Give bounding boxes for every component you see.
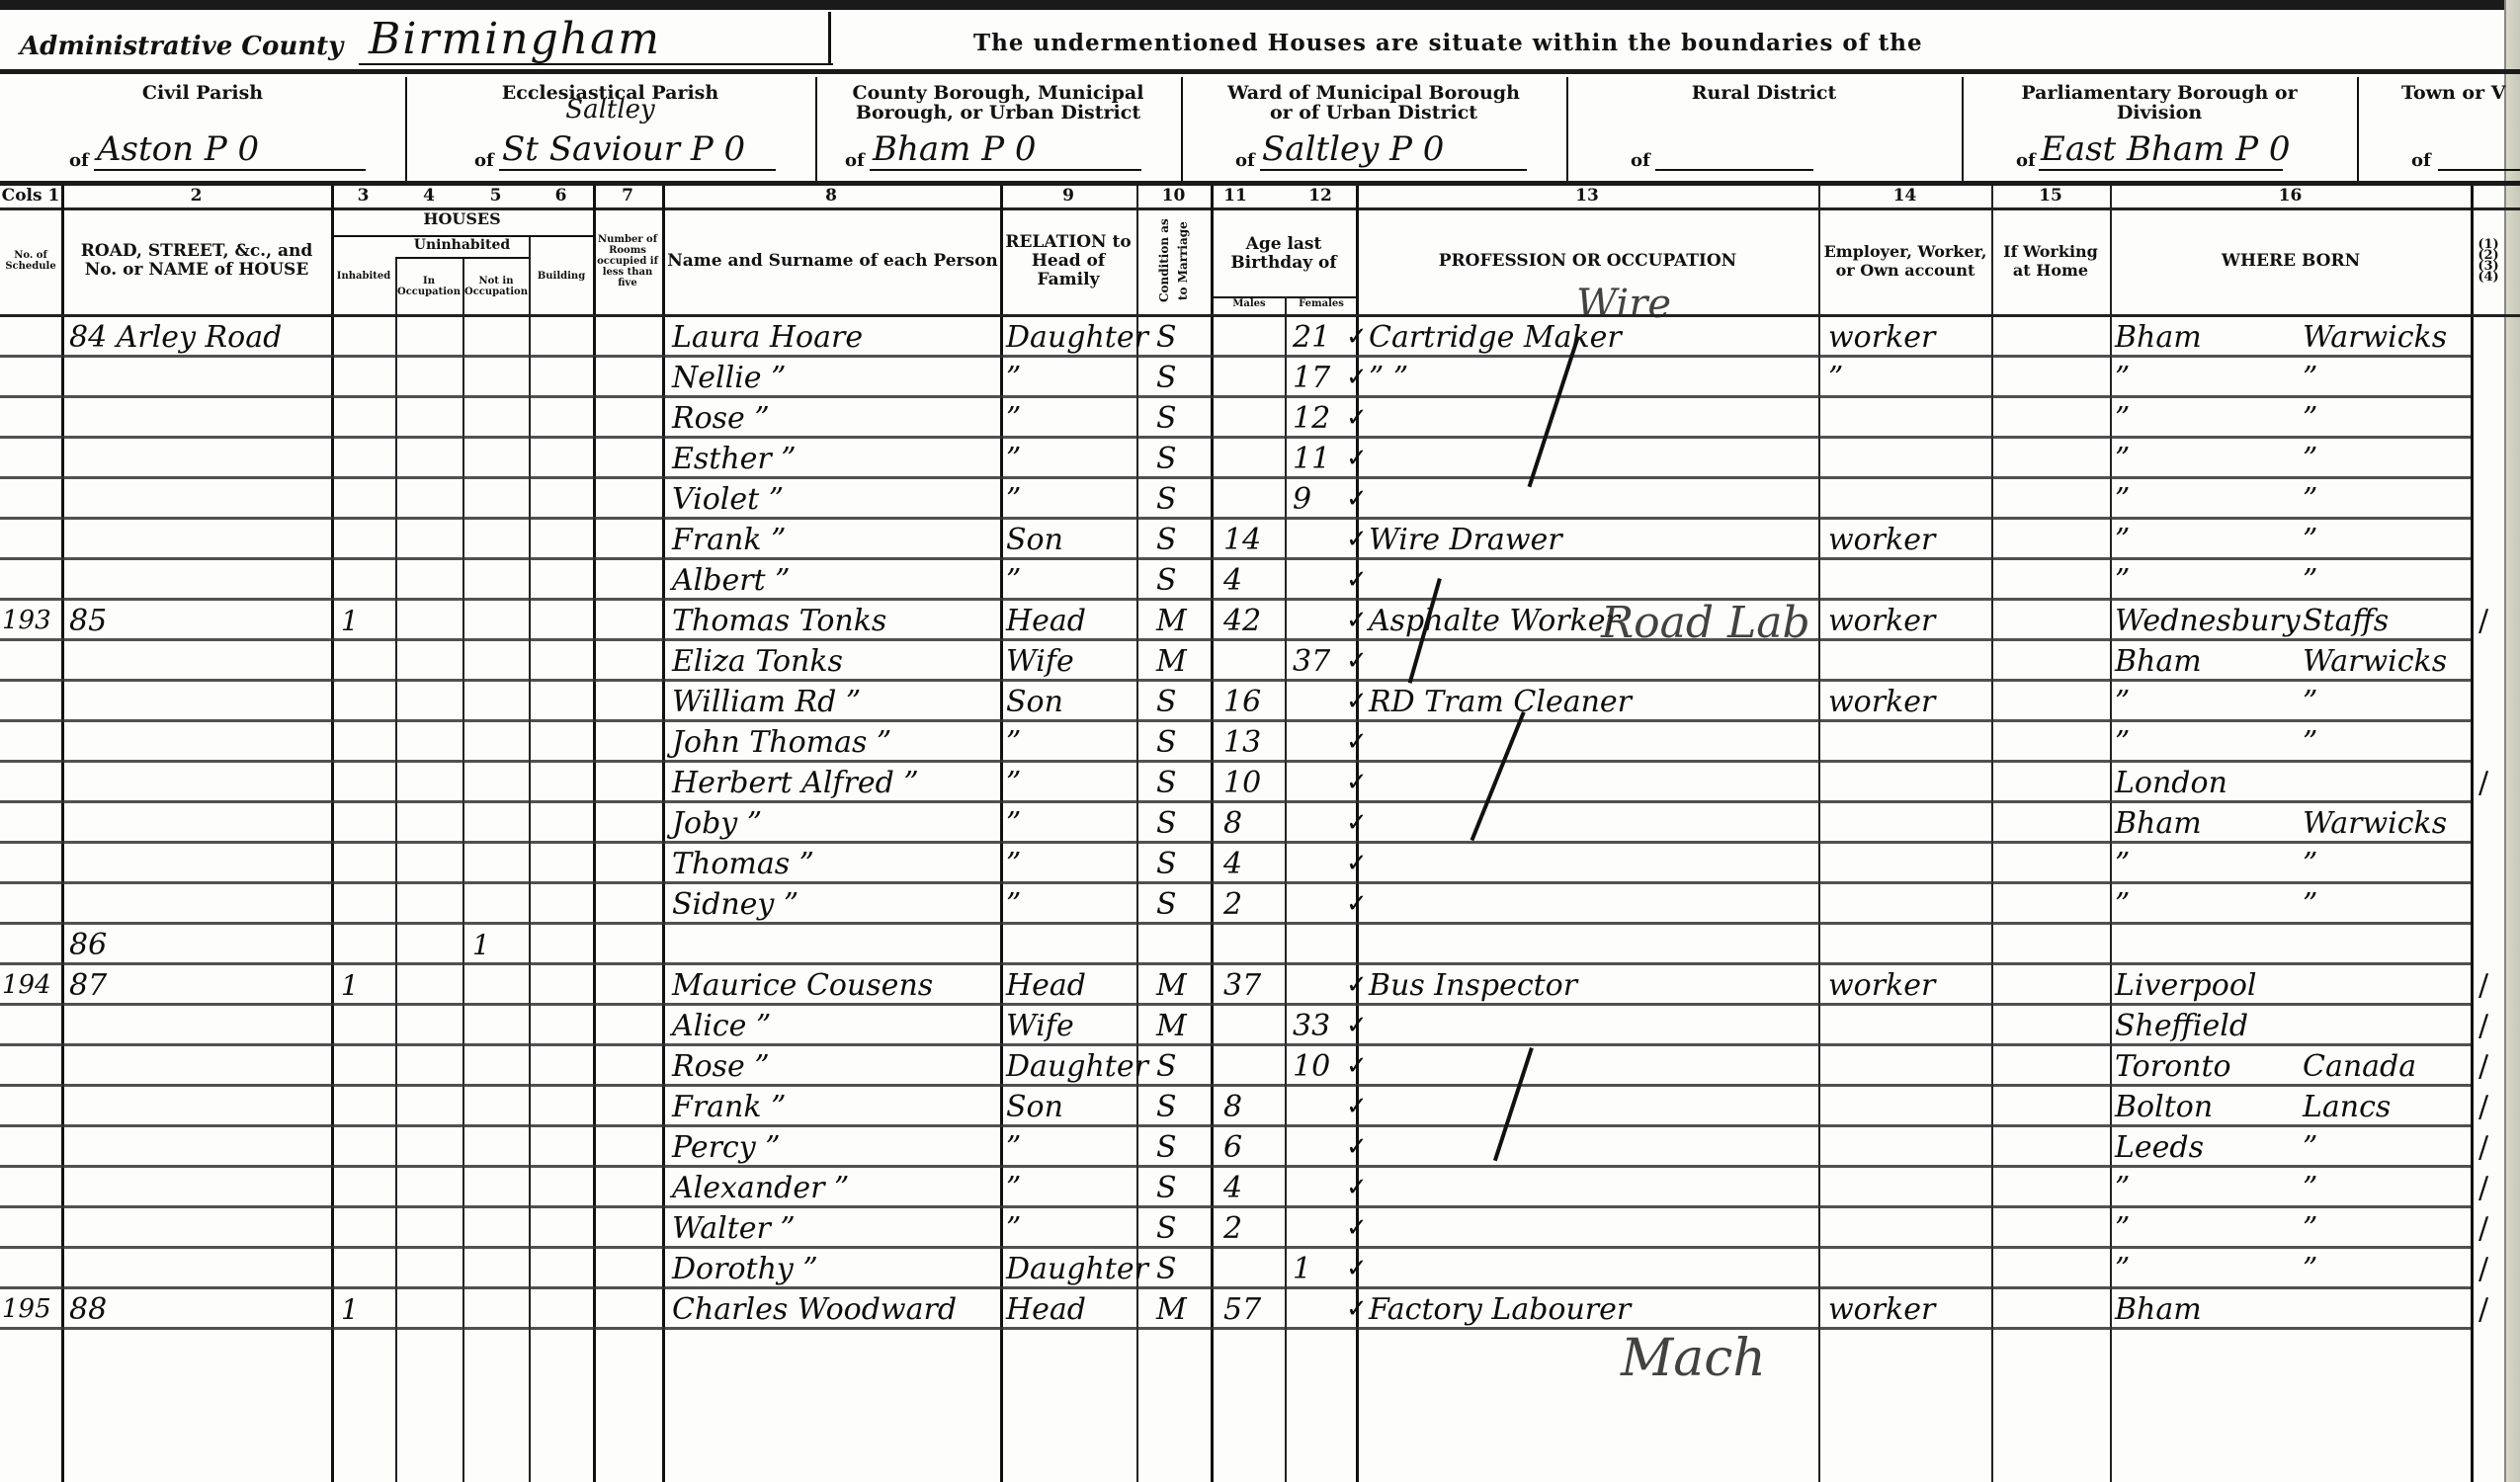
table-row: Rose ”DaughterS10TorontoCanada/✓ <box>0 1046 2520 1087</box>
person-name: Alexander ” <box>672 1168 998 1208</box>
age-female: 17 <box>1293 358 1352 398</box>
col-num: Cols 1 <box>0 186 61 206</box>
uninhabited-count <box>472 803 522 844</box>
house-address: 87 <box>69 965 331 1006</box>
district-civil-parish: Civil Parish of Aston P 0 <box>0 77 407 181</box>
employment-status <box>1828 1087 1986 1127</box>
birthplace-town: ” <box>2115 1168 2283 1208</box>
marital-condition: M <box>1156 965 1206 1006</box>
age-male: 13 <box>1223 722 1283 763</box>
nationality-mark: / <box>2478 1006 2508 1046</box>
header-rule <box>0 69 2520 74</box>
person-name <box>672 925 998 965</box>
person-name: Charles Woodward <box>672 1289 998 1330</box>
district-value: St Saviour P 0 <box>502 129 745 169</box>
uninhabited-count <box>472 763 522 803</box>
marital-condition: M <box>1156 601 1206 641</box>
nationality-mark <box>2478 884 2508 925</box>
table-row: Sidney ””S2””✓ <box>0 884 2520 925</box>
birthplace-county: ” <box>2303 1127 2471 1168</box>
birthplace-county: ” <box>2303 844 2471 884</box>
employment-status: worker <box>1828 1289 1986 1330</box>
col-num: 11 <box>1211 186 1260 206</box>
birthplace-town: Bham <box>2115 641 2283 682</box>
tick-icon: ✓ <box>1346 1006 1370 1046</box>
birthplace-county: ” <box>2303 439 2471 479</box>
birthplace-town: Bham <box>2115 317 2283 358</box>
admin-county-box: Administrative County Birmingham <box>8 12 831 65</box>
district-underline <box>2438 169 2520 171</box>
nationality-mark <box>2478 560 2508 601</box>
header-not-in-occupation: Not in Occupation <box>464 259 528 314</box>
uninhabited-count <box>472 479 522 520</box>
person-name: Rose ” <box>672 1046 998 1087</box>
age-male: 4 <box>1223 844 1283 884</box>
employment-status <box>1828 641 1986 682</box>
relation: ” <box>1006 1168 1134 1208</box>
birthplace-county: ” <box>2303 884 2471 925</box>
age-female: 33 <box>1293 1006 1352 1046</box>
district-of: of <box>2016 150 2036 171</box>
employment-status <box>1828 1208 1986 1249</box>
house-address <box>69 763 331 803</box>
birthplace-town: ” <box>2115 844 2283 884</box>
age-male: 2 <box>1223 884 1283 925</box>
uninhabited-count <box>472 520 522 560</box>
table-row: 195881Charles WoodwardHeadM57Factory Lab… <box>0 1289 2520 1330</box>
table-row: Alexander ””S4””/✓ <box>0 1168 2520 1208</box>
schedule-number <box>2 722 59 763</box>
district-annotation: Saltley <box>405 95 815 124</box>
annotation-mach: Mach <box>1621 1329 1766 1388</box>
marital-condition: M <box>1156 1006 1206 1046</box>
district-value: Aston P 0 <box>97 129 259 169</box>
col-num: 10 <box>1136 186 1211 206</box>
occupation <box>1369 1168 1813 1208</box>
district-underline <box>94 169 366 171</box>
person-name: Eliza Tonks <box>672 641 998 682</box>
table-row: Frank ”SonS8BoltonLancs/✓ <box>0 1087 2520 1127</box>
house-address <box>69 1168 331 1208</box>
header-rooms: Number of Rooms occupied if less than fi… <box>595 211 660 310</box>
occupation: ” ” <box>1369 358 1813 398</box>
age-female <box>1293 1168 1352 1208</box>
nationality-mark <box>2478 358 2508 398</box>
occupation <box>1369 722 1813 763</box>
district-underline <box>870 169 1141 171</box>
relation: Son <box>1006 682 1134 722</box>
inhabited-count: 1 <box>341 1289 390 1330</box>
employment-status <box>1828 1249 1986 1289</box>
birthplace-town: Leeds <box>2115 1127 2283 1168</box>
relation: Head <box>1006 1289 1134 1330</box>
schedule-number <box>2 560 59 601</box>
marital-condition: S <box>1156 884 1206 925</box>
nationality-mark: / <box>2478 1249 2508 1289</box>
age-male: 37 <box>1223 965 1283 1006</box>
birthplace-town: ” <box>2115 439 2283 479</box>
person-name: Albert ” <box>672 560 998 601</box>
house-address <box>69 398 331 439</box>
col-num: 6 <box>529 186 593 206</box>
relation: ” <box>1006 803 1134 844</box>
age-male: 14 <box>1223 520 1283 560</box>
person-name: Sidney ” <box>672 884 998 925</box>
relation: Son <box>1006 1087 1134 1127</box>
person-name: Thomas ” <box>672 844 998 884</box>
header-employer: Employer, Worker, or Own account <box>1820 211 1990 310</box>
relation: Wife <box>1006 641 1134 682</box>
tick-icon: ✓ <box>1346 520 1370 560</box>
birthplace-county: Warwicks <box>2303 641 2471 682</box>
relation: Daughter <box>1006 1249 1134 1289</box>
uninhabited-count <box>472 641 522 682</box>
annotation-road-labourer: Road Lab <box>1601 598 1810 648</box>
district-underline <box>499 169 776 171</box>
birthplace-county: ” <box>2303 1168 2471 1208</box>
header-houses: HOUSES <box>331 209 593 237</box>
schedule-number <box>2 641 59 682</box>
age-female: 1 <box>1293 1249 1352 1289</box>
district-ecclesiastical-parish: Ecclesiastical Parish Saltley of St Savi… <box>405 77 817 181</box>
age-male <box>1223 1006 1283 1046</box>
person-name: Herbert Alfred ” <box>672 763 998 803</box>
person-name: Frank ” <box>672 1087 998 1127</box>
birthplace-county: ” <box>2303 560 2471 601</box>
relation: Wife <box>1006 1006 1134 1046</box>
person-name: William Rd ” <box>672 682 998 722</box>
occupation: RD Tram Cleaner <box>1369 682 1813 722</box>
tick-icon: ✓ <box>1346 1168 1370 1208</box>
marital-condition: M <box>1156 1289 1206 1330</box>
age-female <box>1293 884 1352 925</box>
table-row: Albert ””S4””✓ <box>0 560 2520 601</box>
table-row: Thomas ””S4””✓ <box>0 844 2520 884</box>
relation: ” <box>1006 479 1134 520</box>
tick-icon: ✓ <box>1346 317 1370 358</box>
header-in-occupation: In Occupation <box>397 259 461 314</box>
age-female <box>1293 682 1352 722</box>
birthplace-town: Toronto <box>2115 1046 2283 1087</box>
nationality-mark <box>2478 398 2508 439</box>
admin-county-label: Administrative County <box>20 32 343 61</box>
occupation <box>1369 1006 1813 1046</box>
birthplace-county: ” <box>2303 1208 2471 1249</box>
schedule-number <box>2 520 59 560</box>
age-female: 11 <box>1293 439 1352 479</box>
inhabited-count <box>341 1046 390 1087</box>
tick-icon: ✓ <box>1346 479 1370 520</box>
table-row: William Rd ”SonS16RD Tram Cleanerworker”… <box>0 682 2520 722</box>
birthplace-town: ” <box>2115 520 2283 560</box>
table-row: Nellie ””S17” ””””✓ <box>0 358 2520 398</box>
occupation <box>1369 884 1813 925</box>
nationality-mark <box>2478 722 2508 763</box>
birthplace-county: ” <box>2303 1249 2471 1289</box>
uninhabited-count <box>472 1087 522 1127</box>
district-underline <box>2039 169 2283 171</box>
marital-condition: S <box>1156 560 1206 601</box>
district-value: East Bham P 0 <box>2041 129 2291 169</box>
tick-icon: ✓ <box>1346 1087 1370 1127</box>
age-female <box>1293 722 1352 763</box>
uninhabited-count <box>472 1249 522 1289</box>
inhabited-count <box>341 763 390 803</box>
schedule-number <box>2 1208 59 1249</box>
person-name: Percy ” <box>672 1127 998 1168</box>
relation: ” <box>1006 763 1134 803</box>
relation: ” <box>1006 722 1134 763</box>
birthplace-town: ” <box>2115 722 2283 763</box>
district-rural: Rural District of <box>1566 77 1964 181</box>
col-num: 15 <box>1991 186 2110 206</box>
schedule-number: 195 <box>2 1289 59 1330</box>
inhabited-count: 1 <box>341 965 390 1006</box>
schedule-number: 194 <box>2 965 59 1006</box>
marital-condition: S <box>1156 803 1206 844</box>
header-males: Males <box>1214 296 1285 314</box>
house-address: 88 <box>69 1289 331 1330</box>
col-num: 13 <box>1356 186 1818 206</box>
relation <box>1006 925 1134 965</box>
header-inhabited: Inhabited <box>333 237 394 314</box>
tick-icon: ✓ <box>1346 803 1370 844</box>
header-schedule: No. of Schedule <box>0 211 61 310</box>
tick-icon: ✓ <box>1346 965 1370 1006</box>
house-address <box>69 560 331 601</box>
nationality-mark: / <box>2478 965 2508 1006</box>
age-female <box>1293 965 1352 1006</box>
house-address <box>69 1087 331 1127</box>
birthplace-town: ” <box>2115 1249 2283 1289</box>
age-male <box>1223 439 1283 479</box>
marital-condition: S <box>1156 1087 1206 1127</box>
inhabited-count <box>341 1208 390 1249</box>
uninhabited-count <box>472 560 522 601</box>
district-label: Rural District <box>1566 83 1962 103</box>
nationality-mark: / <box>2478 1127 2508 1168</box>
district-of: of <box>1235 150 1255 171</box>
uninhabited-count <box>472 884 522 925</box>
district-label: County Borough, Municipal Borough, or Ur… <box>815 83 1181 123</box>
table-row: Rose ””S12””✓ <box>0 398 2520 439</box>
person-name: Esther ” <box>672 439 998 479</box>
tick-icon: ✓ <box>1346 1289 1370 1330</box>
district-parliamentary: Parliamentary Borough or Division of Eas… <box>1962 77 2359 181</box>
nationality-mark <box>2478 479 2508 520</box>
marital-condition: S <box>1156 1208 1206 1249</box>
birthplace-county: Canada <box>2303 1046 2471 1087</box>
header-age: Age last Birthday of <box>1214 211 1354 296</box>
age-male: 8 <box>1223 803 1283 844</box>
birthplace-county <box>2303 763 2471 803</box>
tick-icon: ✓ <box>1346 1249 1370 1289</box>
header-address: ROAD, STREET, &c., and No. or NAME of HO… <box>64 211 329 310</box>
schedule-number <box>2 1249 59 1289</box>
age-female <box>1293 925 1352 965</box>
age-male: 16 <box>1223 682 1283 722</box>
marital-condition: S <box>1156 1168 1206 1208</box>
schedule-number <box>2 1168 59 1208</box>
uninhabited-count: 1 <box>472 925 522 965</box>
birthplace-county <box>2303 925 2471 965</box>
tick-icon: ✓ <box>1346 641 1370 682</box>
schedule-number <box>2 439 59 479</box>
birthplace-county: ” <box>2303 479 2471 520</box>
inhabited-count <box>341 1087 390 1127</box>
uninhabited-count <box>472 844 522 884</box>
uninhabited-count <box>472 1208 522 1249</box>
schedule-number <box>2 317 59 358</box>
employment-status <box>1828 398 1986 439</box>
birthplace-county <box>2303 1006 2471 1046</box>
col-num: 8 <box>662 186 1000 206</box>
age-male <box>1223 317 1283 358</box>
inhabited-count <box>341 1168 390 1208</box>
age-female <box>1293 803 1352 844</box>
tick-icon: ✓ <box>1346 358 1370 398</box>
nationality-mark <box>2478 803 2508 844</box>
table-row: Walter ””S2””/✓ <box>0 1208 2520 1249</box>
tick-icon: ✓ <box>1346 722 1370 763</box>
person-name: Joby ” <box>672 803 998 844</box>
district-label: Ward of Municipal Borough or of Urban Di… <box>1181 83 1566 123</box>
column-numbers: Cols 1 2 3 4 5 6 7 8 9 10 11 12 13 14 15… <box>0 186 2520 207</box>
inhabited-count <box>341 884 390 925</box>
occupation <box>1369 1249 1813 1289</box>
col-num: 9 <box>1000 186 1136 206</box>
house-address <box>69 844 331 884</box>
employment-status <box>1828 844 1986 884</box>
age-male: 57 <box>1223 1289 1283 1330</box>
occupation <box>1369 763 1813 803</box>
marital-condition: S <box>1156 1046 1206 1087</box>
employment-status <box>1828 722 1986 763</box>
schedule-number <box>2 884 59 925</box>
schedule-number <box>2 1127 59 1168</box>
age-male <box>1223 925 1283 965</box>
nationality-mark <box>2478 317 2508 358</box>
table-row: Joby ””S8BhamWarwicks✓ <box>0 803 2520 844</box>
uninhabited-count <box>472 722 522 763</box>
house-address <box>69 1006 331 1046</box>
birthplace-county <box>2303 1289 2471 1330</box>
nationality-mark: / <box>2478 1168 2508 1208</box>
age-male: 4 <box>1223 560 1283 601</box>
col-num: 14 <box>1818 186 1991 206</box>
age-female <box>1293 560 1352 601</box>
district-of: of <box>845 150 865 171</box>
nationality-mark <box>2478 520 2508 560</box>
age-female: 9 <box>1293 479 1352 520</box>
nationality-mark: / <box>2478 1208 2508 1249</box>
census-page: Administrative County Birmingham The und… <box>0 0 2520 1482</box>
house-address <box>69 1208 331 1249</box>
col-num: 12 <box>1285 186 1356 206</box>
birthplace-town: Bolton <box>2115 1087 2283 1127</box>
occupation <box>1369 479 1813 520</box>
house-address <box>69 884 331 925</box>
relation: Daughter <box>1006 317 1134 358</box>
marital-condition: S <box>1156 479 1206 520</box>
nationality-mark <box>2478 844 2508 884</box>
house-address <box>69 1249 331 1289</box>
person-name: John Thomas ” <box>672 722 998 763</box>
schedule-number <box>2 925 59 965</box>
inhabited-count <box>341 439 390 479</box>
birthplace-town: ” <box>2115 884 2283 925</box>
col-num: 4 <box>395 186 462 206</box>
birthplace-county: Warwicks <box>2303 317 2471 358</box>
col-num: 7 <box>593 186 662 206</box>
inhabited-count <box>341 803 390 844</box>
birthplace-town: Wednesbury <box>2115 601 2283 641</box>
occupation <box>1369 803 1813 844</box>
age-male: 8 <box>1223 1087 1283 1127</box>
age-male: 42 <box>1223 601 1283 641</box>
row-rule <box>0 1327 2471 1330</box>
employment-status <box>1828 1168 1986 1208</box>
district-of: of <box>474 150 494 171</box>
inhabited-count <box>341 844 390 884</box>
nationality-mark: / <box>2478 1289 2508 1330</box>
table-row: Violet ””S9””✓ <box>0 479 2520 520</box>
house-address <box>69 520 331 560</box>
table-row: Frank ”SonS14Wire Drawerworker””✓ <box>0 520 2520 560</box>
birthplace-town: ” <box>2115 398 2283 439</box>
table-row: 84 Arley RoadLaura HoareDaughterS21Cartr… <box>0 317 2520 358</box>
age-female <box>1293 520 1352 560</box>
birthplace-county <box>2303 965 2471 1006</box>
uninhabited-count <box>472 1168 522 1208</box>
header-nationality: (1) (2) (3) (4) <box>2474 211 2503 310</box>
header-where-born: WHERE BORN <box>2112 211 2470 310</box>
schedule-number <box>2 844 59 884</box>
tick-icon: ✓ <box>1346 682 1370 722</box>
birthplace-town: ” <box>2115 1208 2283 1249</box>
marital-condition: S <box>1156 763 1206 803</box>
age-female: 12 <box>1293 398 1352 439</box>
birthplace-town: ” <box>2115 479 2283 520</box>
district-town: Town or V of <box>2357 77 2520 181</box>
uninhabited-count <box>472 439 522 479</box>
uninhabited-count <box>472 1289 522 1330</box>
district-underline <box>1260 169 1527 171</box>
occupation <box>1369 439 1813 479</box>
occupation: Factory Labourer <box>1369 1289 1813 1330</box>
inhabited-count <box>341 398 390 439</box>
header-building: Building <box>531 237 592 314</box>
inhabited-count <box>341 317 390 358</box>
table-row: Alice ”WifeM33Sheffield/✓ <box>0 1006 2520 1046</box>
employment-status: ” <box>1828 358 1986 398</box>
person-name: Alice ” <box>672 1006 998 1046</box>
tick-icon: ✓ <box>1346 1127 1370 1168</box>
birthplace-town: ” <box>2115 358 2283 398</box>
birthplace-county: Warwicks <box>2303 803 2471 844</box>
relation: ” <box>1006 884 1134 925</box>
table-row: Esther ””S11””✓ <box>0 439 2520 479</box>
tick-icon: ✓ <box>1346 560 1370 601</box>
header-condition: Condition as to Marriage <box>1138 211 1210 310</box>
house-address <box>69 1127 331 1168</box>
relation: ” <box>1006 1208 1134 1249</box>
marital-condition: S <box>1156 1249 1206 1289</box>
schedule-number <box>2 358 59 398</box>
uninhabited-count <box>472 682 522 722</box>
house-address <box>69 722 331 763</box>
relation: Head <box>1006 965 1134 1006</box>
